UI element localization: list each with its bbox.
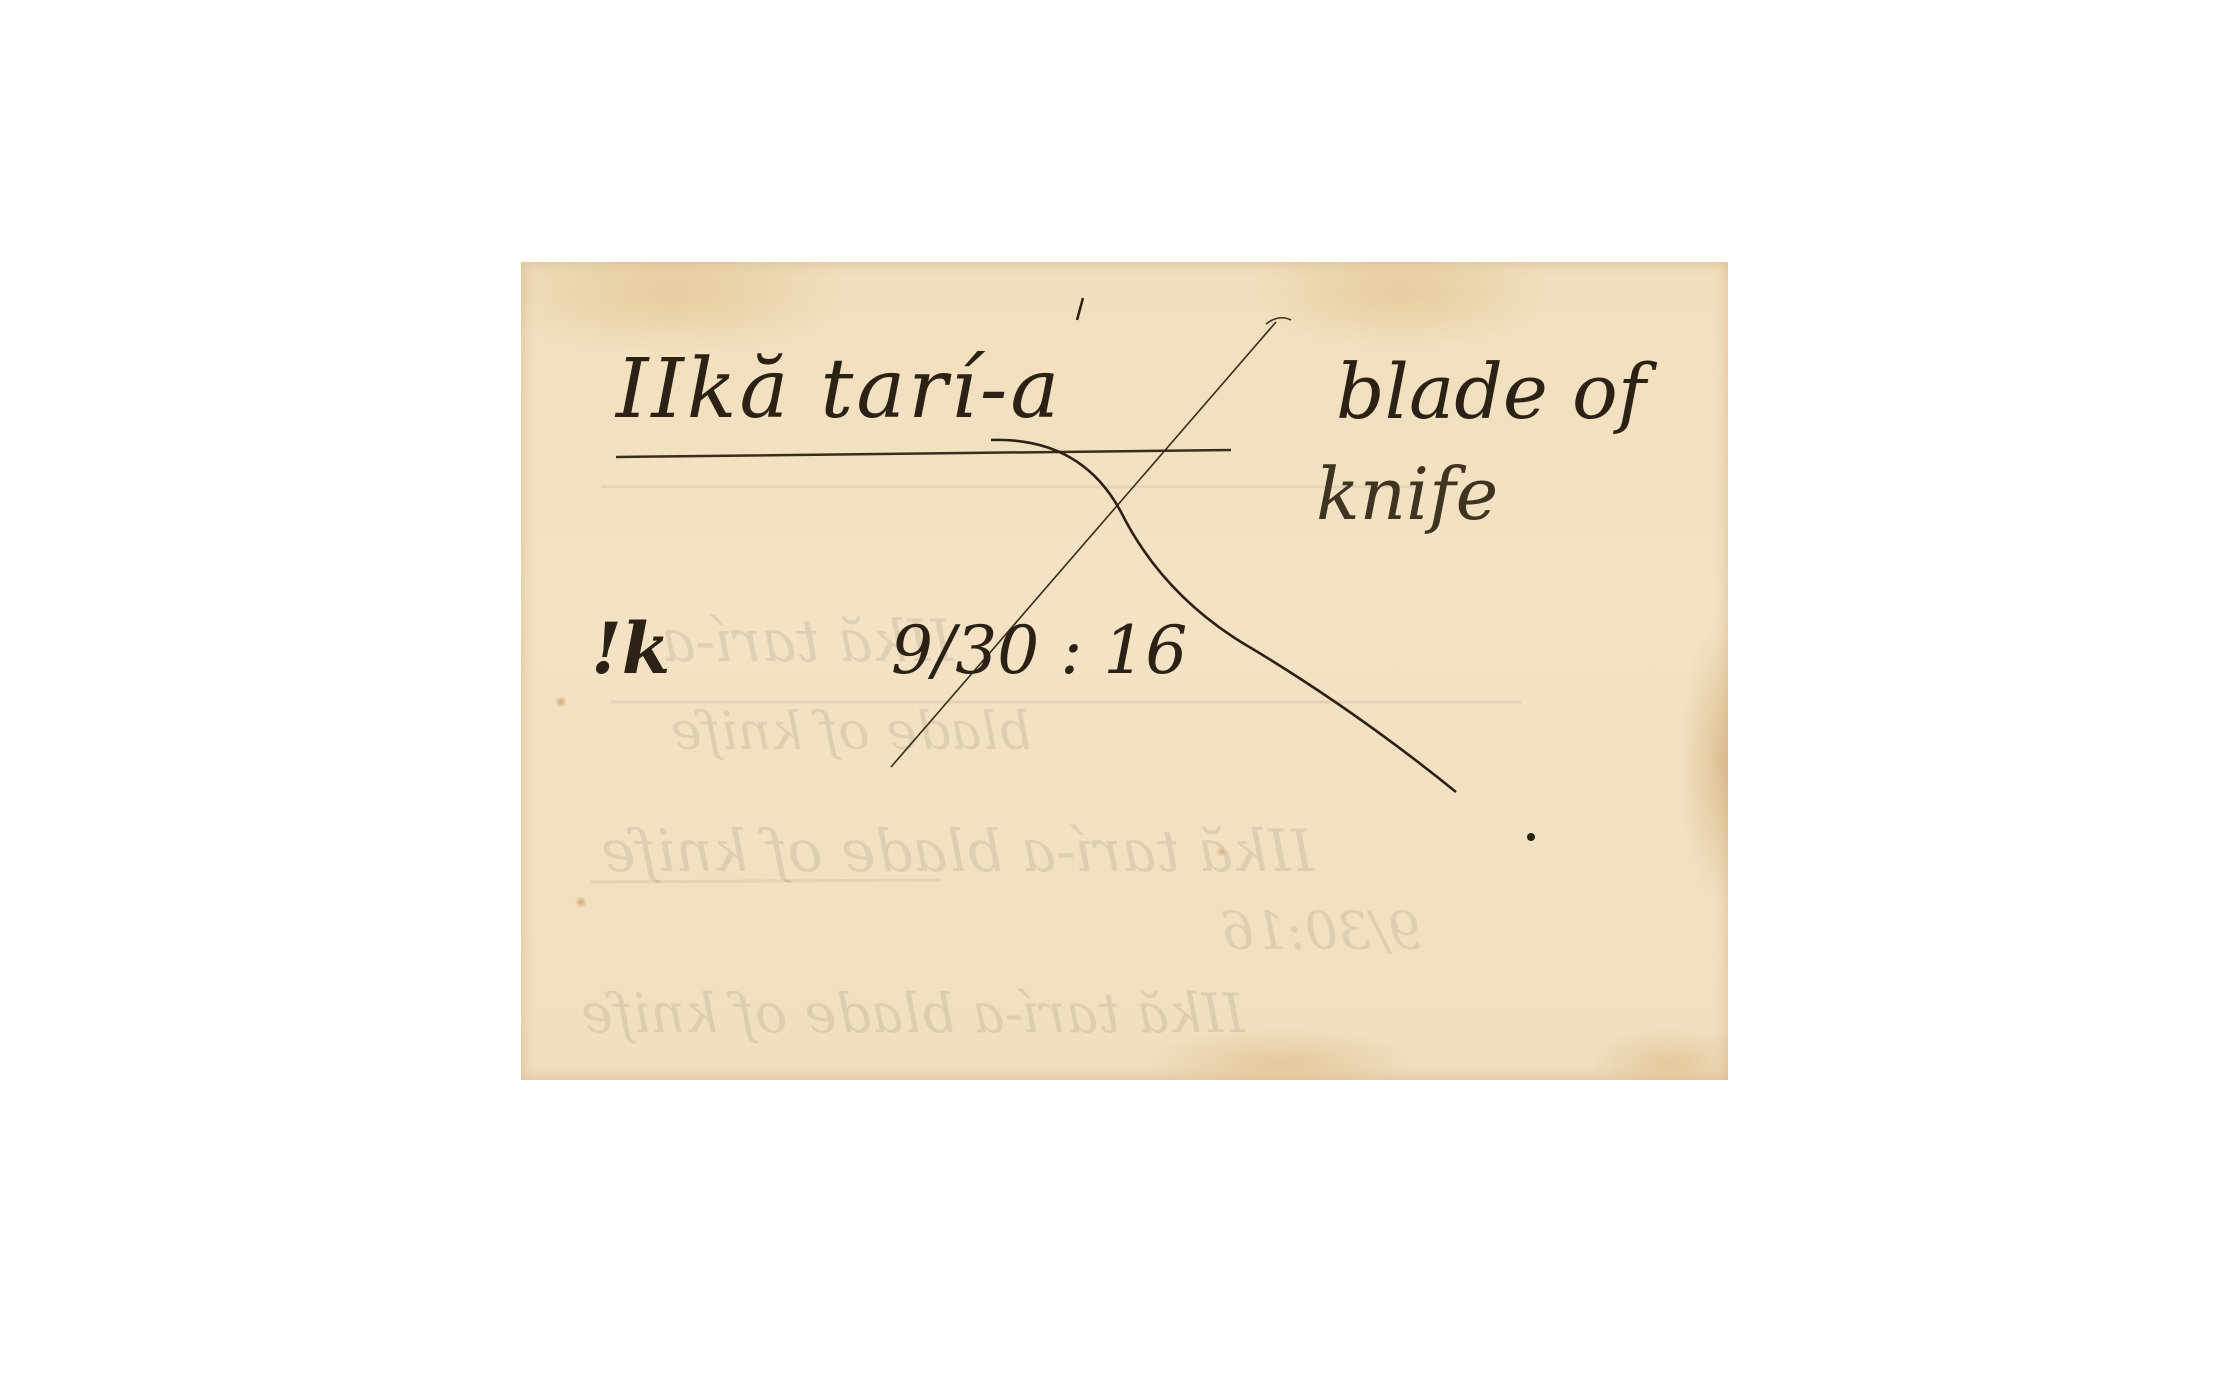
marginal-mark: !k bbox=[591, 607, 670, 690]
index-card: IIkă tarí-a blade of knife IIkă tarí-a b… bbox=[521, 262, 1728, 1080]
reference-number: 9/30 : 16 bbox=[891, 612, 1187, 689]
gloss-line-2: knife bbox=[1316, 452, 1498, 536]
gloss-line-1: blade of bbox=[1336, 347, 1646, 436]
headword: IIkă tarí-a bbox=[616, 342, 1062, 437]
